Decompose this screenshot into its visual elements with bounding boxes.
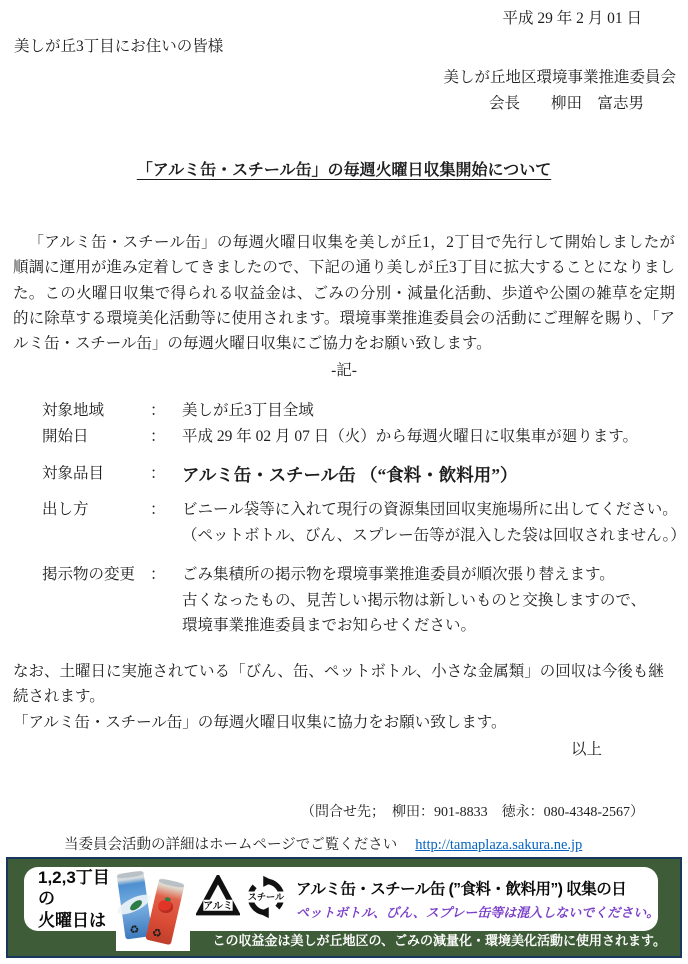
detail-label: 対象品目 — [42, 461, 150, 487]
closing-line: 「アルミ缶・スチール缶」の毎週火曜日収集に協力をお願い致します。 — [13, 710, 675, 736]
detail-row-target-area: 対象地域 ： 美しが丘3丁目全域 — [42, 398, 688, 424]
banner-area-line1: 1,2,3丁目の — [38, 867, 122, 910]
aluminum-mark-label: アルミ — [203, 900, 233, 911]
steel-mark-label: スチール — [248, 892, 285, 902]
detail-value: アルミ缶・スチール缶 （“食料・飲料用”） — [182, 461, 688, 489]
homepage-line: 当委員会活動の詳細はホームページでご覧くださいhttp://tamaplaza.… — [64, 833, 688, 854]
detail-value-line: ビニール袋等に入れて現行の資源集団回収実施場所に出してください。 — [182, 497, 686, 523]
detail-row-start-date: 開始日 ： 平成 29 年 02 月 07 日（火）から毎週火曜日に収集車が廻り… — [42, 424, 688, 450]
banner-area-label: 1,2,3丁目の 火曜日は — [38, 867, 122, 931]
detail-value-line: （ペットボトル、びん、スプレー缶等が混入した袋は回収されません。） — [182, 523, 686, 549]
detail-colon: ： — [150, 562, 182, 588]
detail-label: 出し方 — [42, 497, 150, 523]
detail-label: 掲示物の変更 — [42, 562, 150, 588]
organization-name: 美しが丘地区環境事業推進委員会 — [0, 65, 676, 87]
homepage-link[interactable]: http://tamaplaza.sakura.ne.jp — [415, 837, 582, 853]
detail-colon: ： — [150, 461, 182, 487]
recycle-glyph-icon: ♻ — [151, 928, 163, 941]
aluminum-recycle-icon: アルミ — [196, 875, 240, 924]
detail-row-how-to-put-out: 出し方 ： ビニール袋等に入れて現行の資源集団回収実施場所に出してください。 （… — [42, 497, 688, 548]
banner-title: アルミ缶・スチール缶 (”食料・飲料用”) 収集の日 — [296, 877, 661, 899]
detail-value-line: ごみ集積所の掲示物を環境事業推進委員が順次張り替えます。 — [182, 562, 686, 588]
notice-document: 平成 29 年 2 月 01 日 美しが丘3丁目にお住いの皆様 美しが丘地区環境… — [0, 0, 688, 964]
detail-value-line: 古くなったもの、見苦しい掲示物は新しいものと交換しますので、 — [182, 588, 686, 614]
banner-area-line2: 火曜日は — [38, 910, 122, 931]
detail-value: 美しが丘3丁目全域 — [182, 398, 688, 424]
banner-text-block: アルミ缶・スチール缶 (”食料・飲料用”) 収集の日 ペットボトル、びん、スプレ… — [290, 877, 661, 921]
steel-can-image: ♻ — [145, 878, 185, 945]
detail-row-signage-change: 掲示物の変更 ： ごみ集積所の掲示物を環境事業推進委員が順次張り替えます。 古く… — [42, 562, 688, 639]
detail-label: 開始日 — [42, 424, 150, 450]
detail-colon: ： — [150, 398, 182, 424]
recycle-glyph-icon: ♻ — [129, 925, 140, 937]
detail-value-line: 環境事業推進委員までお知らせください。 — [182, 613, 686, 639]
closing-paragraph: なお、土曜日に実施されている「びん、缶、ペットボトル、小さな金属類」の回収は今後… — [13, 659, 675, 736]
intro-paragraph: 「アルミ缶・スチール缶」の毎週火曜日収集を美しが丘1，2丁目で先行して開始しまし… — [13, 230, 675, 356]
banner-footer-text: この収益金は美しが丘地区の、ごみの減量化・環境美化活動に使用されます。 — [213, 930, 666, 949]
document-date: 平成 29 年 2 月 01 日 — [0, 6, 642, 28]
homepage-text: 当委員会活動の詳細はホームページでご覧ください — [64, 837, 397, 853]
chairman-name: 会長 柳田 富志男 — [0, 91, 644, 113]
steel-recycle-icon: スチール — [244, 875, 288, 924]
document-title-text: 「アルミ缶・スチール缶」の毎週火曜日収集開始について — [137, 162, 551, 179]
cans-illustration: ♻ ♻ — [116, 867, 190, 951]
detail-colon: ： — [150, 497, 182, 523]
detail-list: 対象地域 ： 美しが丘3丁目全域 開始日 ： 平成 29 年 02 月 07 日… — [42, 398, 688, 639]
contact-info: （問合せ先； 柳田：901-8833 徳永：080-4348-2567） — [0, 801, 644, 821]
detail-row-target-items: 対象品目 ： アルミ缶・スチール缶 （“食料・飲料用”） — [42, 461, 688, 489]
record-marker: -記- — [0, 358, 688, 380]
detail-colon: ： — [150, 424, 182, 450]
detail-value: ごみ集積所の掲示物を環境事業推進委員が順次張り替えます。 古くなったもの、見苦し… — [182, 562, 688, 639]
banner-warning: ペットボトル、びん、スプレー缶等は混入しないでください。 — [296, 902, 661, 921]
detail-value: 平成 29 年 02 月 07 日（火）から毎週火曜日に収集車が廻ります。 — [182, 424, 688, 450]
document-title: 「アルミ缶・スチール缶」の毎週火曜日収集開始について — [0, 157, 688, 180]
addressee-line: 美しが丘3丁目にお住いの皆様 — [14, 34, 688, 56]
detail-label: 対象地域 — [42, 398, 150, 424]
tomato-decoration — [157, 898, 175, 914]
collection-day-banner: 1,2,3丁目の 火曜日は アルミ スチール — [6, 857, 682, 958]
detail-value: ビニール袋等に入れて現行の資源集団回収実施場所に出してください。 （ペットボトル… — [182, 497, 688, 548]
closing-line: なお、土曜日に実施されている「びん、缶、ペットボトル、小さな金属類」の回収は今後… — [13, 659, 675, 710]
signoff: 以上 — [0, 737, 602, 759]
